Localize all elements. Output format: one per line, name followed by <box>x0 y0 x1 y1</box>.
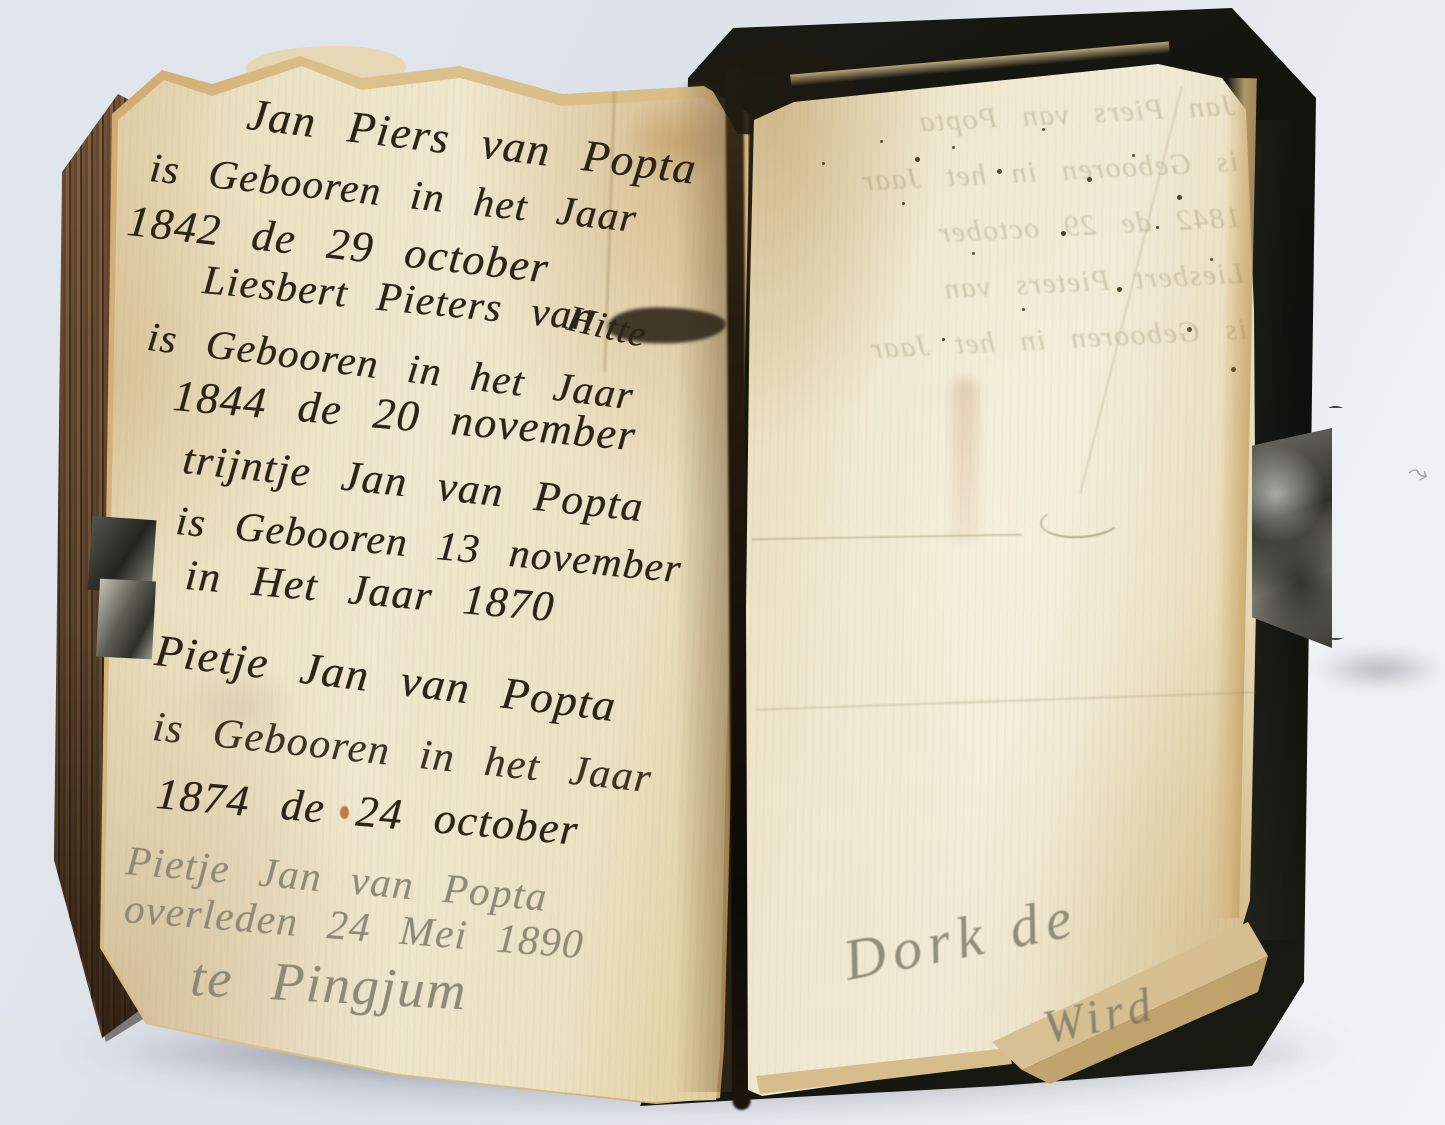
left-clasp-catch-lower <box>96 579 156 660</box>
clasp-engraving: ⤳ <box>1403 456 1431 491</box>
photo-open-antique-book: Jan Piers van Popta is Gebooren in het J… <box>0 0 1445 1125</box>
clasp-hinge-plate <box>1252 428 1332 648</box>
pencil-line-3: te Pingjum <box>189 950 468 1018</box>
clasp-hinge-pin <box>1322 406 1349 640</box>
ink-offset-ghost-text: Jan Piers van Popta is Gebooren in het J… <box>764 78 1249 402</box>
gutter-shadow-left <box>676 82 732 1092</box>
vertical-stain <box>952 378 978 543</box>
silver-clasp-arm: ⤳ <box>1348 392 1445 677</box>
